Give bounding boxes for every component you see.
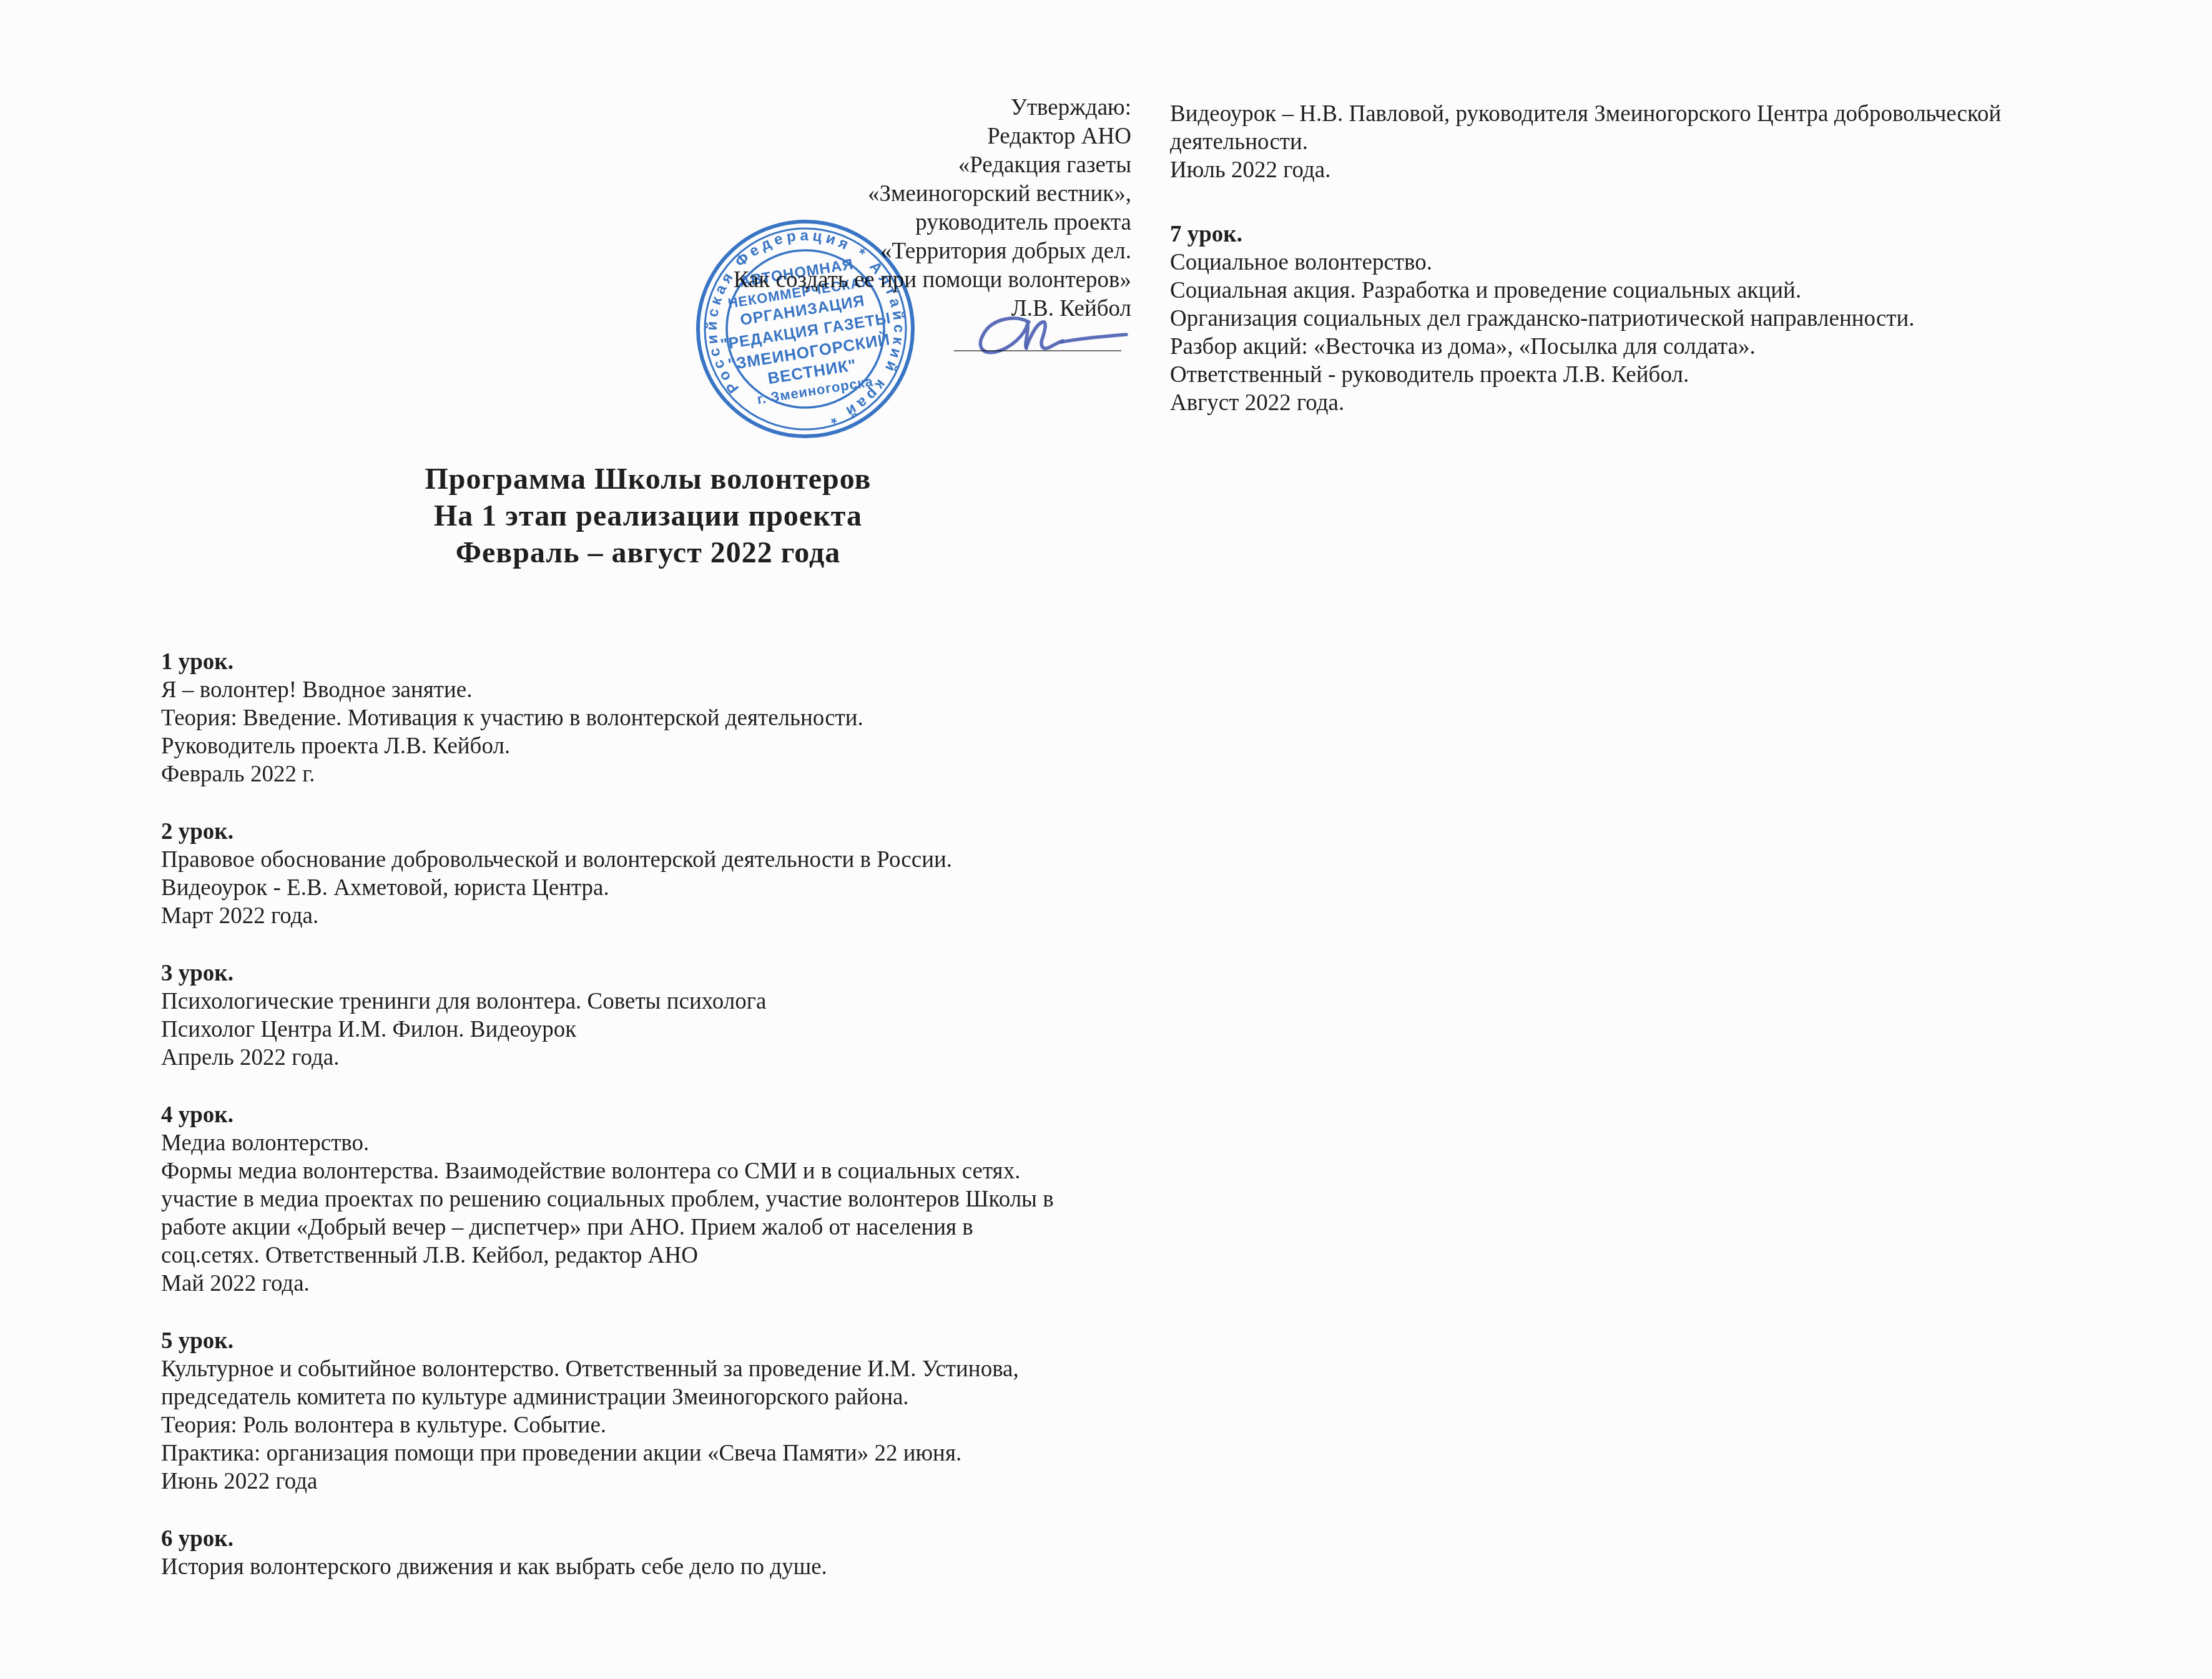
lesson-4: 4 урок. Медиа волонтерство. Формы медиа … [161, 1101, 1141, 1298]
lesson-line: Разбор акций: «Весточка из дома», «Посыл… [1170, 333, 2125, 361]
lesson-line: Август 2022 года. [1170, 389, 2125, 417]
lesson-line: работе акции «Добрый вечер – диспетчер» … [161, 1213, 1141, 1241]
lesson-line: Февраль 2022 г. [161, 760, 1141, 788]
lesson-6-continuation: Видеоурок – Н.В. Павловой, руководителя … [1170, 100, 2125, 184]
lesson-line: Видеоурок - Е.В. Ахметовой, юриста Центр… [161, 874, 1141, 902]
lesson-line: соц.сетях. Ответственный Л.В. Кейбол, ре… [161, 1241, 1141, 1270]
lesson-line: деятельности. [1170, 128, 2125, 156]
scanned-document-page: Утверждаю: Редактор АНО «Редакция газеты… [0, 0, 2212, 1679]
left-column: 1 урок. Я – волонтер! Вводное занятие. Т… [161, 648, 1141, 1581]
lesson-line: Ответственный - руководитель проекта Л.В… [1170, 361, 2125, 389]
lesson-3-heading: 3 урок. [161, 959, 1141, 987]
document-title-line: Февраль – август 2022 года [161, 534, 1135, 571]
lesson-line: Медиа волонтерство. [161, 1129, 1141, 1157]
lesson-line: Практика: организация помощи при проведе… [161, 1439, 1141, 1467]
document-title-line: Программа Школы волонтеров [161, 461, 1135, 497]
lesson-1-heading: 1 урок. [161, 648, 1141, 676]
lesson-line: председатель комитета по культуре админи… [161, 1383, 1141, 1411]
right-column: Видеоурок – Н.В. Павловой, руководителя … [1170, 100, 2125, 417]
lesson-3: 3 урок. Психологические тренинги для вол… [161, 959, 1141, 1072]
lesson-line: Апрель 2022 года. [161, 1044, 1141, 1072]
lesson-line: История волонтерского движения и как выб… [161, 1553, 1141, 1581]
lesson-2-heading: 2 урок. [161, 818, 1141, 846]
lesson-line: Психологические тренинги для волонтера. … [161, 987, 1141, 1016]
approval-line: Утверждаю: [734, 94, 1131, 122]
lesson-line: Июнь 2022 года [161, 1467, 1141, 1495]
lesson-7-heading: 7 урок. [1170, 220, 2125, 248]
lesson-line: Социальное волонтерство. [1170, 248, 2125, 277]
lesson-line: Культурное и событийное волонтерство. От… [161, 1355, 1141, 1383]
lesson-2: 2 урок. Правовое обоснование добровольче… [161, 818, 1141, 930]
lesson-5: 5 урок. Культурное и событийное волонтер… [161, 1327, 1141, 1495]
lesson-1: 1 урок. Я – волонтер! Вводное занятие. Т… [161, 648, 1141, 788]
lesson-line: Правовое обоснование добровольческой и в… [161, 846, 1141, 874]
lesson-line: Видеоурок – Н.В. Павловой, руководителя … [1170, 100, 2125, 128]
approval-line: Редактор АНО [734, 122, 1131, 151]
document-title-line: На 1 этап реализации проекта [161, 497, 1135, 534]
lesson-5-heading: 5 урок. [161, 1327, 1141, 1355]
lesson-line: Март 2022 года. [161, 902, 1141, 930]
lesson-6: 6 урок. История волонтерского движения и… [161, 1525, 1141, 1581]
lesson-line: Теория: Роль волонтера в культуре. Событ… [161, 1411, 1141, 1439]
lesson-line: Психолог Центра И.М. Филон. Видеоурок [161, 1016, 1141, 1044]
approval-line: «Змеиногорский вестник», [734, 180, 1131, 208]
signature-icon [969, 308, 1133, 366]
lesson-line: Социальная акция. Разработка и проведени… [1170, 277, 2125, 305]
lesson-7: 7 урок. Социальное волонтерство. Социаль… [1170, 220, 2125, 417]
approval-line: «Редакция газеты [734, 151, 1131, 180]
lesson-line: Формы медиа волонтерства. Взаимодействие… [161, 1157, 1141, 1185]
lesson-line: Июль 2022 года. [1170, 156, 2125, 184]
lesson-4-heading: 4 урок. [161, 1101, 1141, 1129]
lesson-6-heading: 6 урок. [161, 1525, 1141, 1553]
lesson-line: Я – волонтер! Вводное занятие. [161, 676, 1141, 704]
lesson-line: Руководитель проекта Л.В. Кейбол. [161, 732, 1141, 760]
lesson-line: Теория: Введение. Мотивация к участию в … [161, 704, 1141, 732]
lesson-line: Организация социальных дел гражданско-па… [1170, 305, 2125, 333]
organization-stamp-icon: Российская Федерация * Алтайский край * … [693, 217, 918, 441]
lesson-line: Май 2022 года. [161, 1270, 1141, 1298]
document-title: Программа Школы волонтеров На 1 этап реа… [161, 461, 1135, 571]
lesson-line: участие в медиа проектах по решению соци… [161, 1185, 1141, 1213]
